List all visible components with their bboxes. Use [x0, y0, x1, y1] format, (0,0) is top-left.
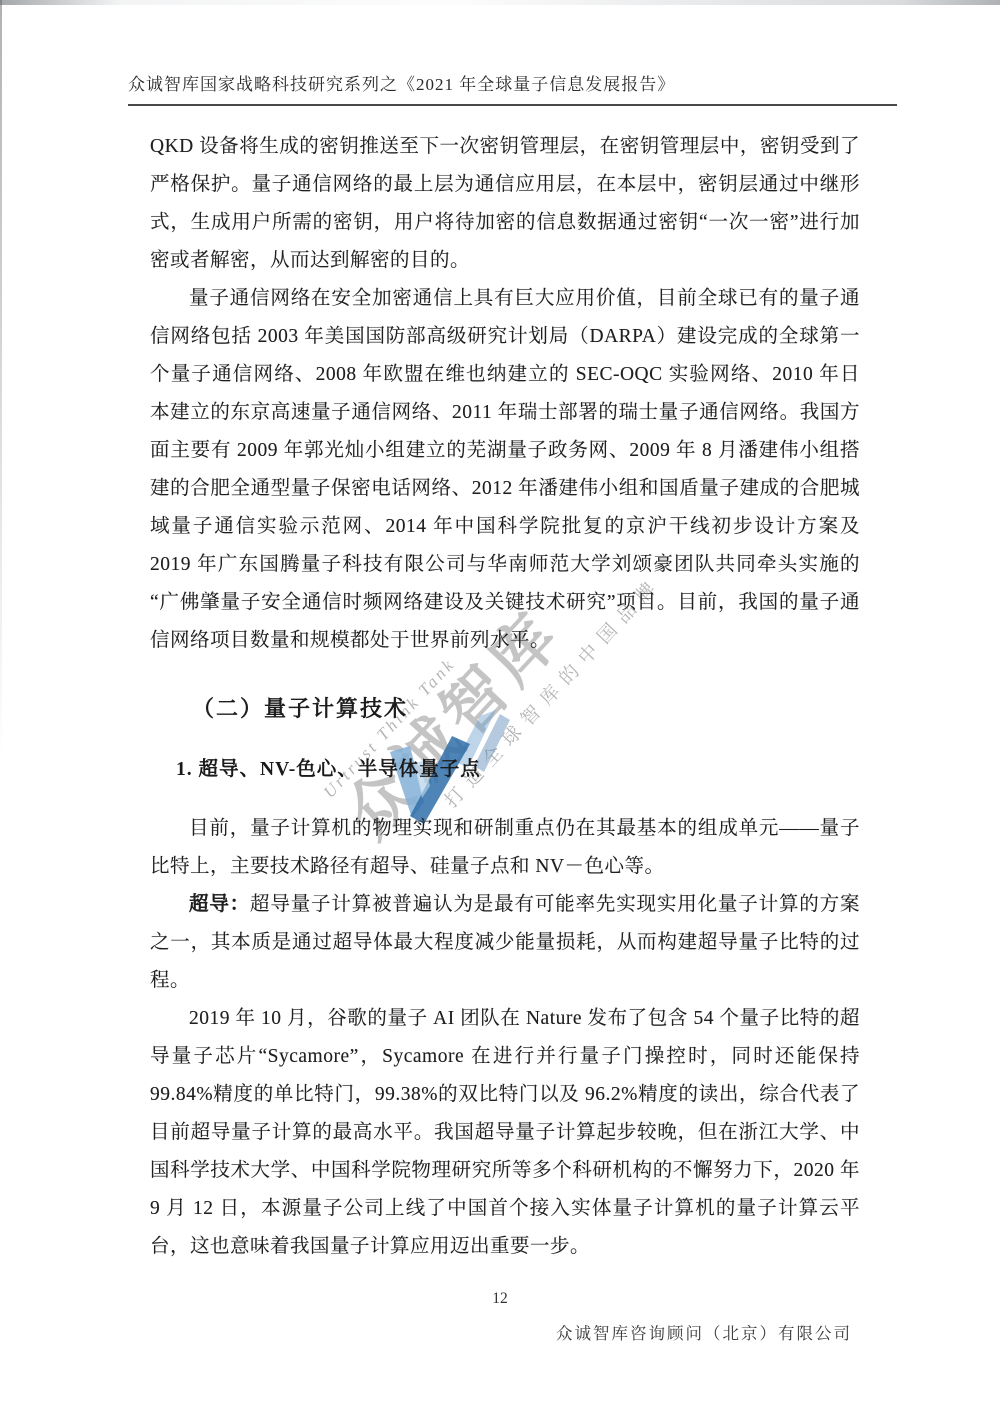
paragraph-bold-lead: 超导：: [189, 894, 250, 915]
paragraph: 超导：超导量子计算被普遍认为是最有可能率先实现实用化量子计算的方案之一，其本质是…: [150, 886, 860, 1000]
paragraph: 量子通信网络在安全加密通信上具有巨大应用价值，目前全球已有的量子通信网络包括 2…: [150, 280, 860, 660]
footer-company: 众诚智库咨询顾问（北京）有限公司: [556, 1320, 852, 1344]
page-number: 12: [0, 1290, 1000, 1308]
paragraph: 目前，量子计算机的物理实现和研制重点仍在其最基本的组成单元——量子比特上，主要技…: [150, 810, 860, 886]
scan-artifact-left: [0, 0, 2, 760]
scan-artifact-top: [0, 0, 1000, 5]
document-body: QKD 设备将生成的密钥推送至下一次密钥管理层，在密钥管理层中，密钥受到了严格保…: [150, 128, 860, 1266]
paragraph: 2019 年 10 月，谷歌的量子 AI 团队在 Nature 发布了包含 54…: [150, 1000, 860, 1266]
section-heading: （二）量子计算技术: [192, 694, 860, 724]
document-page: 众诚智库国家战略科技研究系列之《2021 年全球量子信息发展报告》 Urtrus…: [0, 0, 1000, 1414]
paragraph: QKD 设备将生成的密钥推送至下一次密钥管理层，在密钥管理层中，密钥受到了严格保…: [150, 128, 860, 280]
subsection-heading: 1. 超导、NV-色心、半导体量子点: [176, 756, 860, 784]
header-series-title: 众诚智库国家战略科技研究系列之《2021 年全球量子信息发展报告》: [128, 70, 897, 95]
page-header: 众诚智库国家战略科技研究系列之《2021 年全球量子信息发展报告》: [128, 70, 897, 106]
